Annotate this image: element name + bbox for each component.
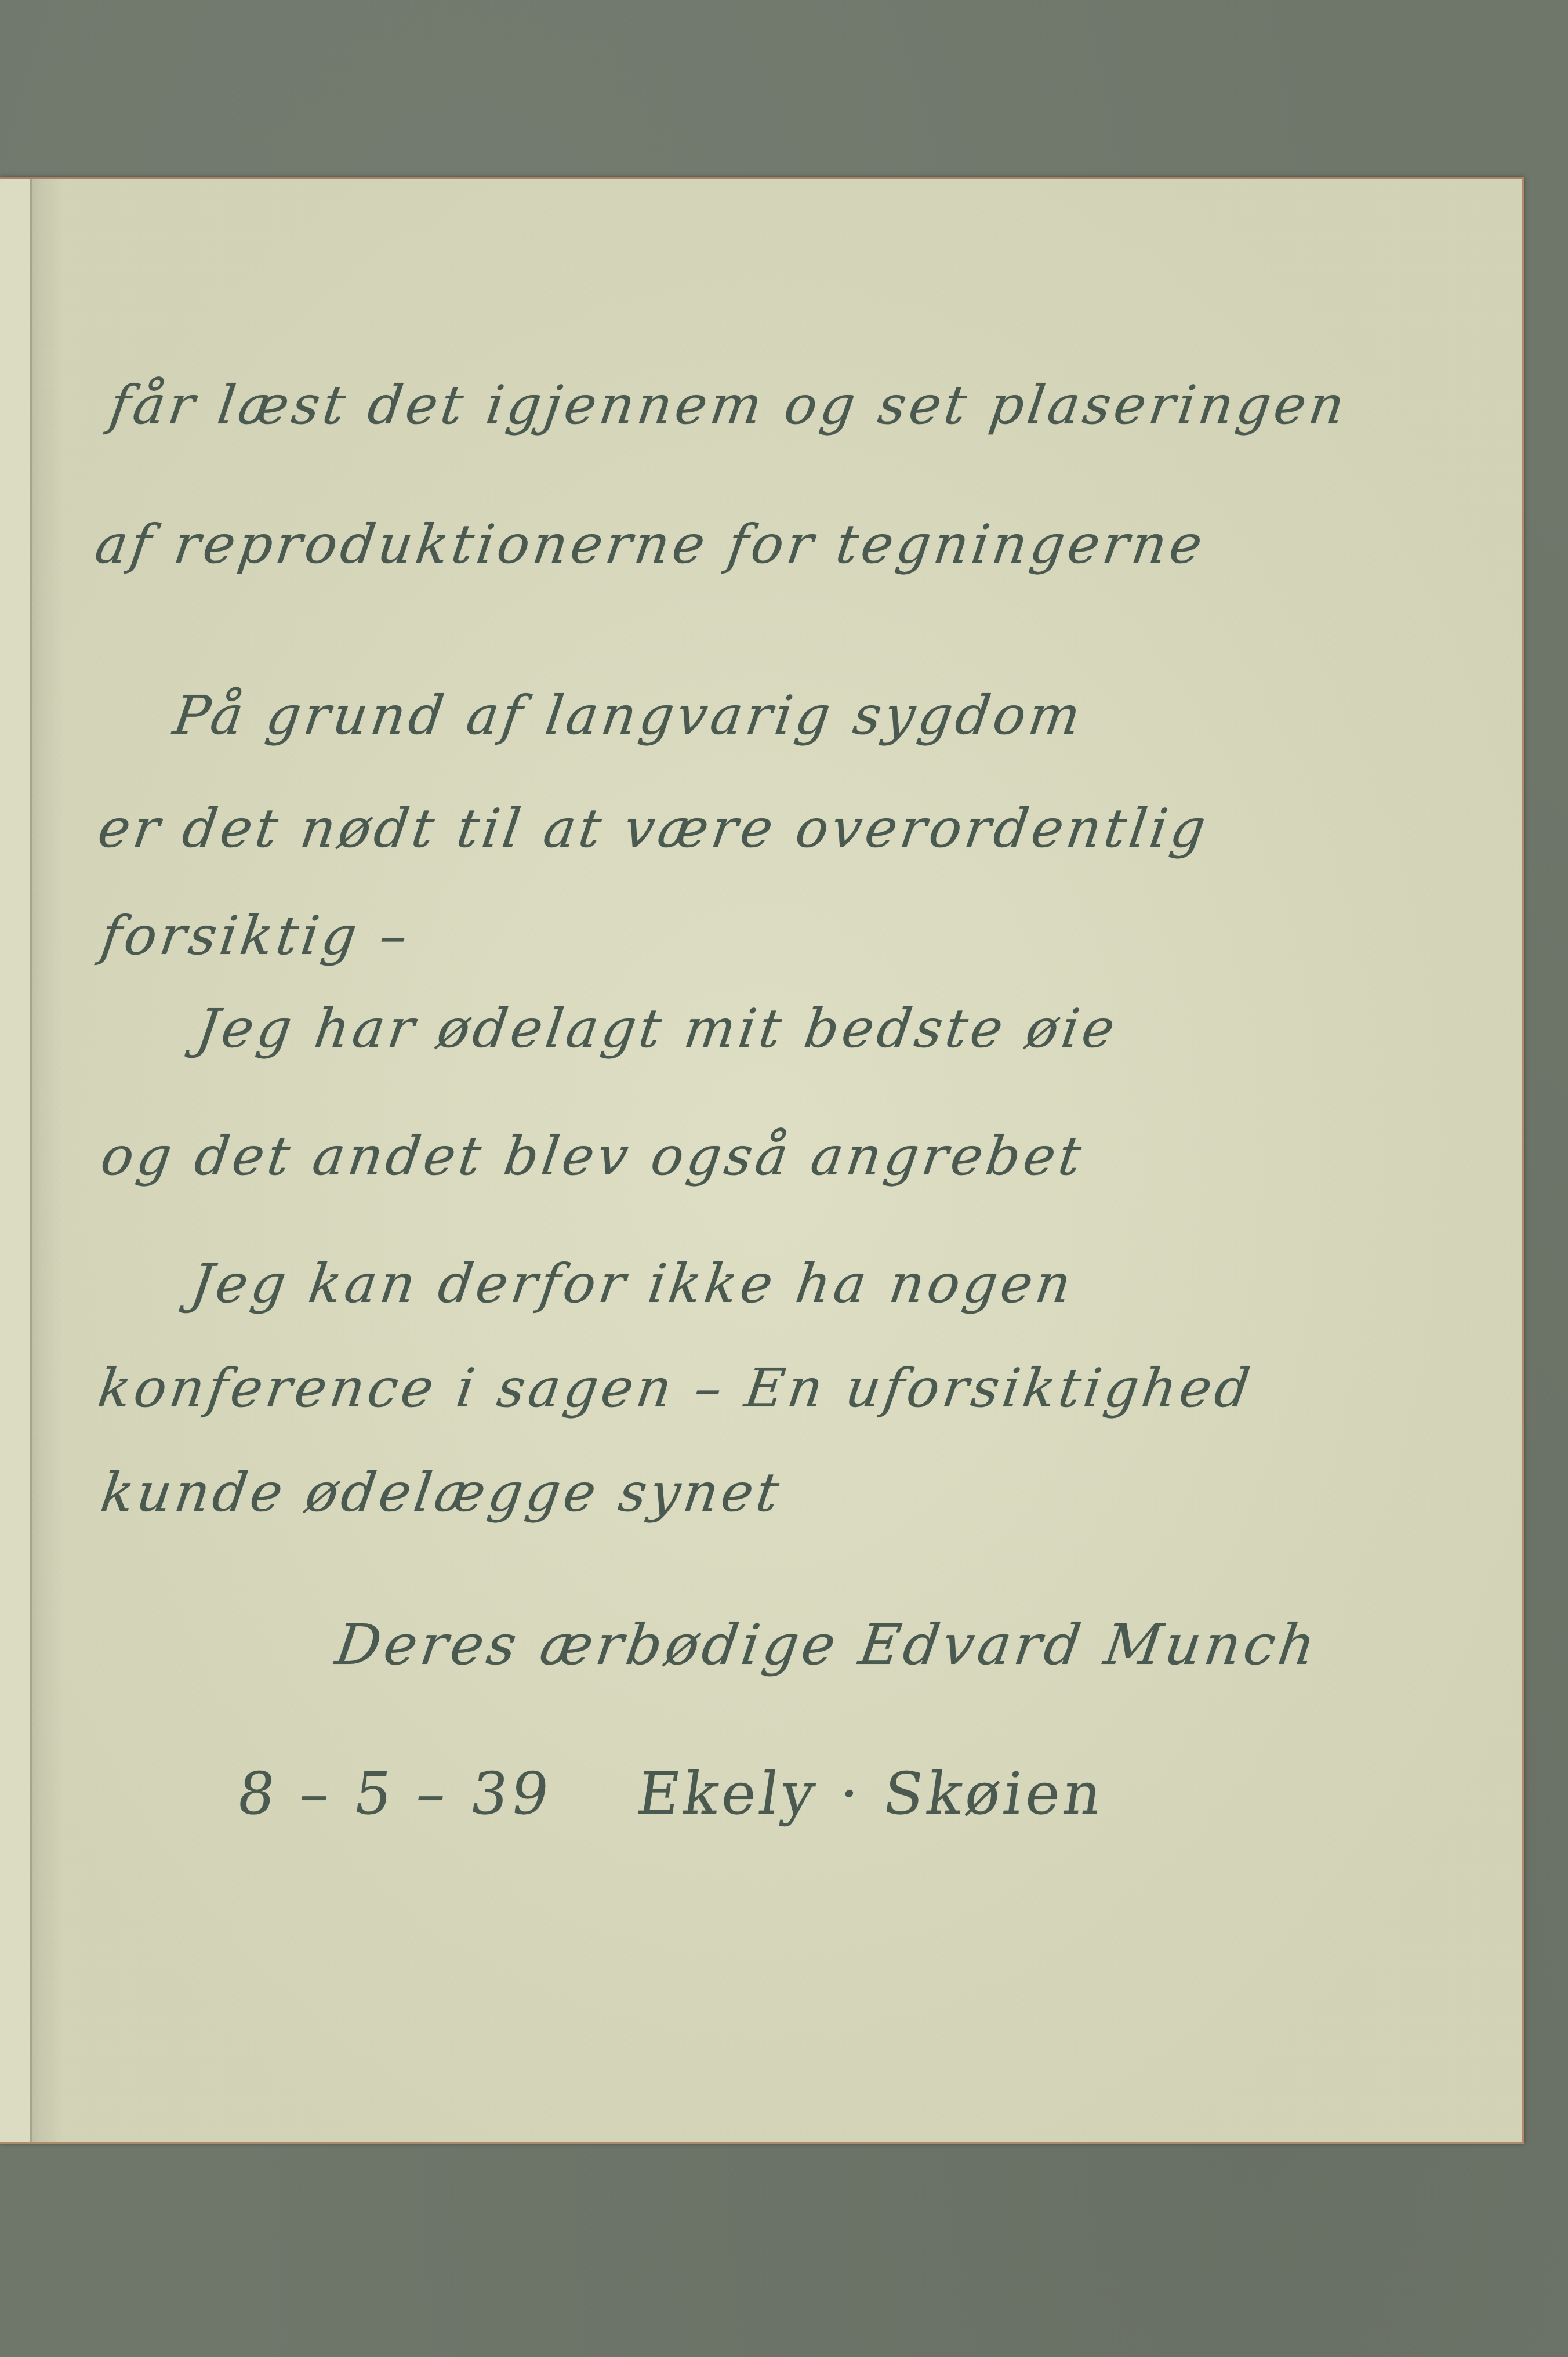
letter-line-4: er det nødt til at være overordentlig [95,802,1213,855]
letter-line-9: konference i sagen – En uforsiktighed [95,1362,1257,1415]
letter-line-5: forsiktig – [98,909,414,963]
letter-body: får læst det igjennem og set plaseringen… [0,179,1522,2142]
letter-line-3: På grund af langvarig sygdom [170,689,1087,742]
letter-line-8: Jeg kan derfor ikke ha nogen [188,1257,1078,1311]
dateline: 8 – 5 – 39 Ekely · Skøien [234,1765,1173,1823]
closing-signature: Deres ærbødige Edvard Munch [332,1617,1322,1673]
letter-sheet: får læst det igjennem og set plaseringen… [0,177,1524,2144]
letter-line-1: får læst det igjennem og set plaseringen [107,379,1351,432]
letter-date: 8 – 5 – 39 [234,1765,556,1823]
letter-line-7: og det andet blev også angrebet [98,1130,1088,1183]
letter-line-2: af reproduktionerne for tegningerne [92,518,1209,571]
letter-line-6: Jeg har ødelagt mit bedste øie [194,1002,1121,1056]
letter-line-10: kunde ødelægge synet [98,1466,786,1520]
letter-place: Ekely · Skøien [633,1765,1109,1823]
